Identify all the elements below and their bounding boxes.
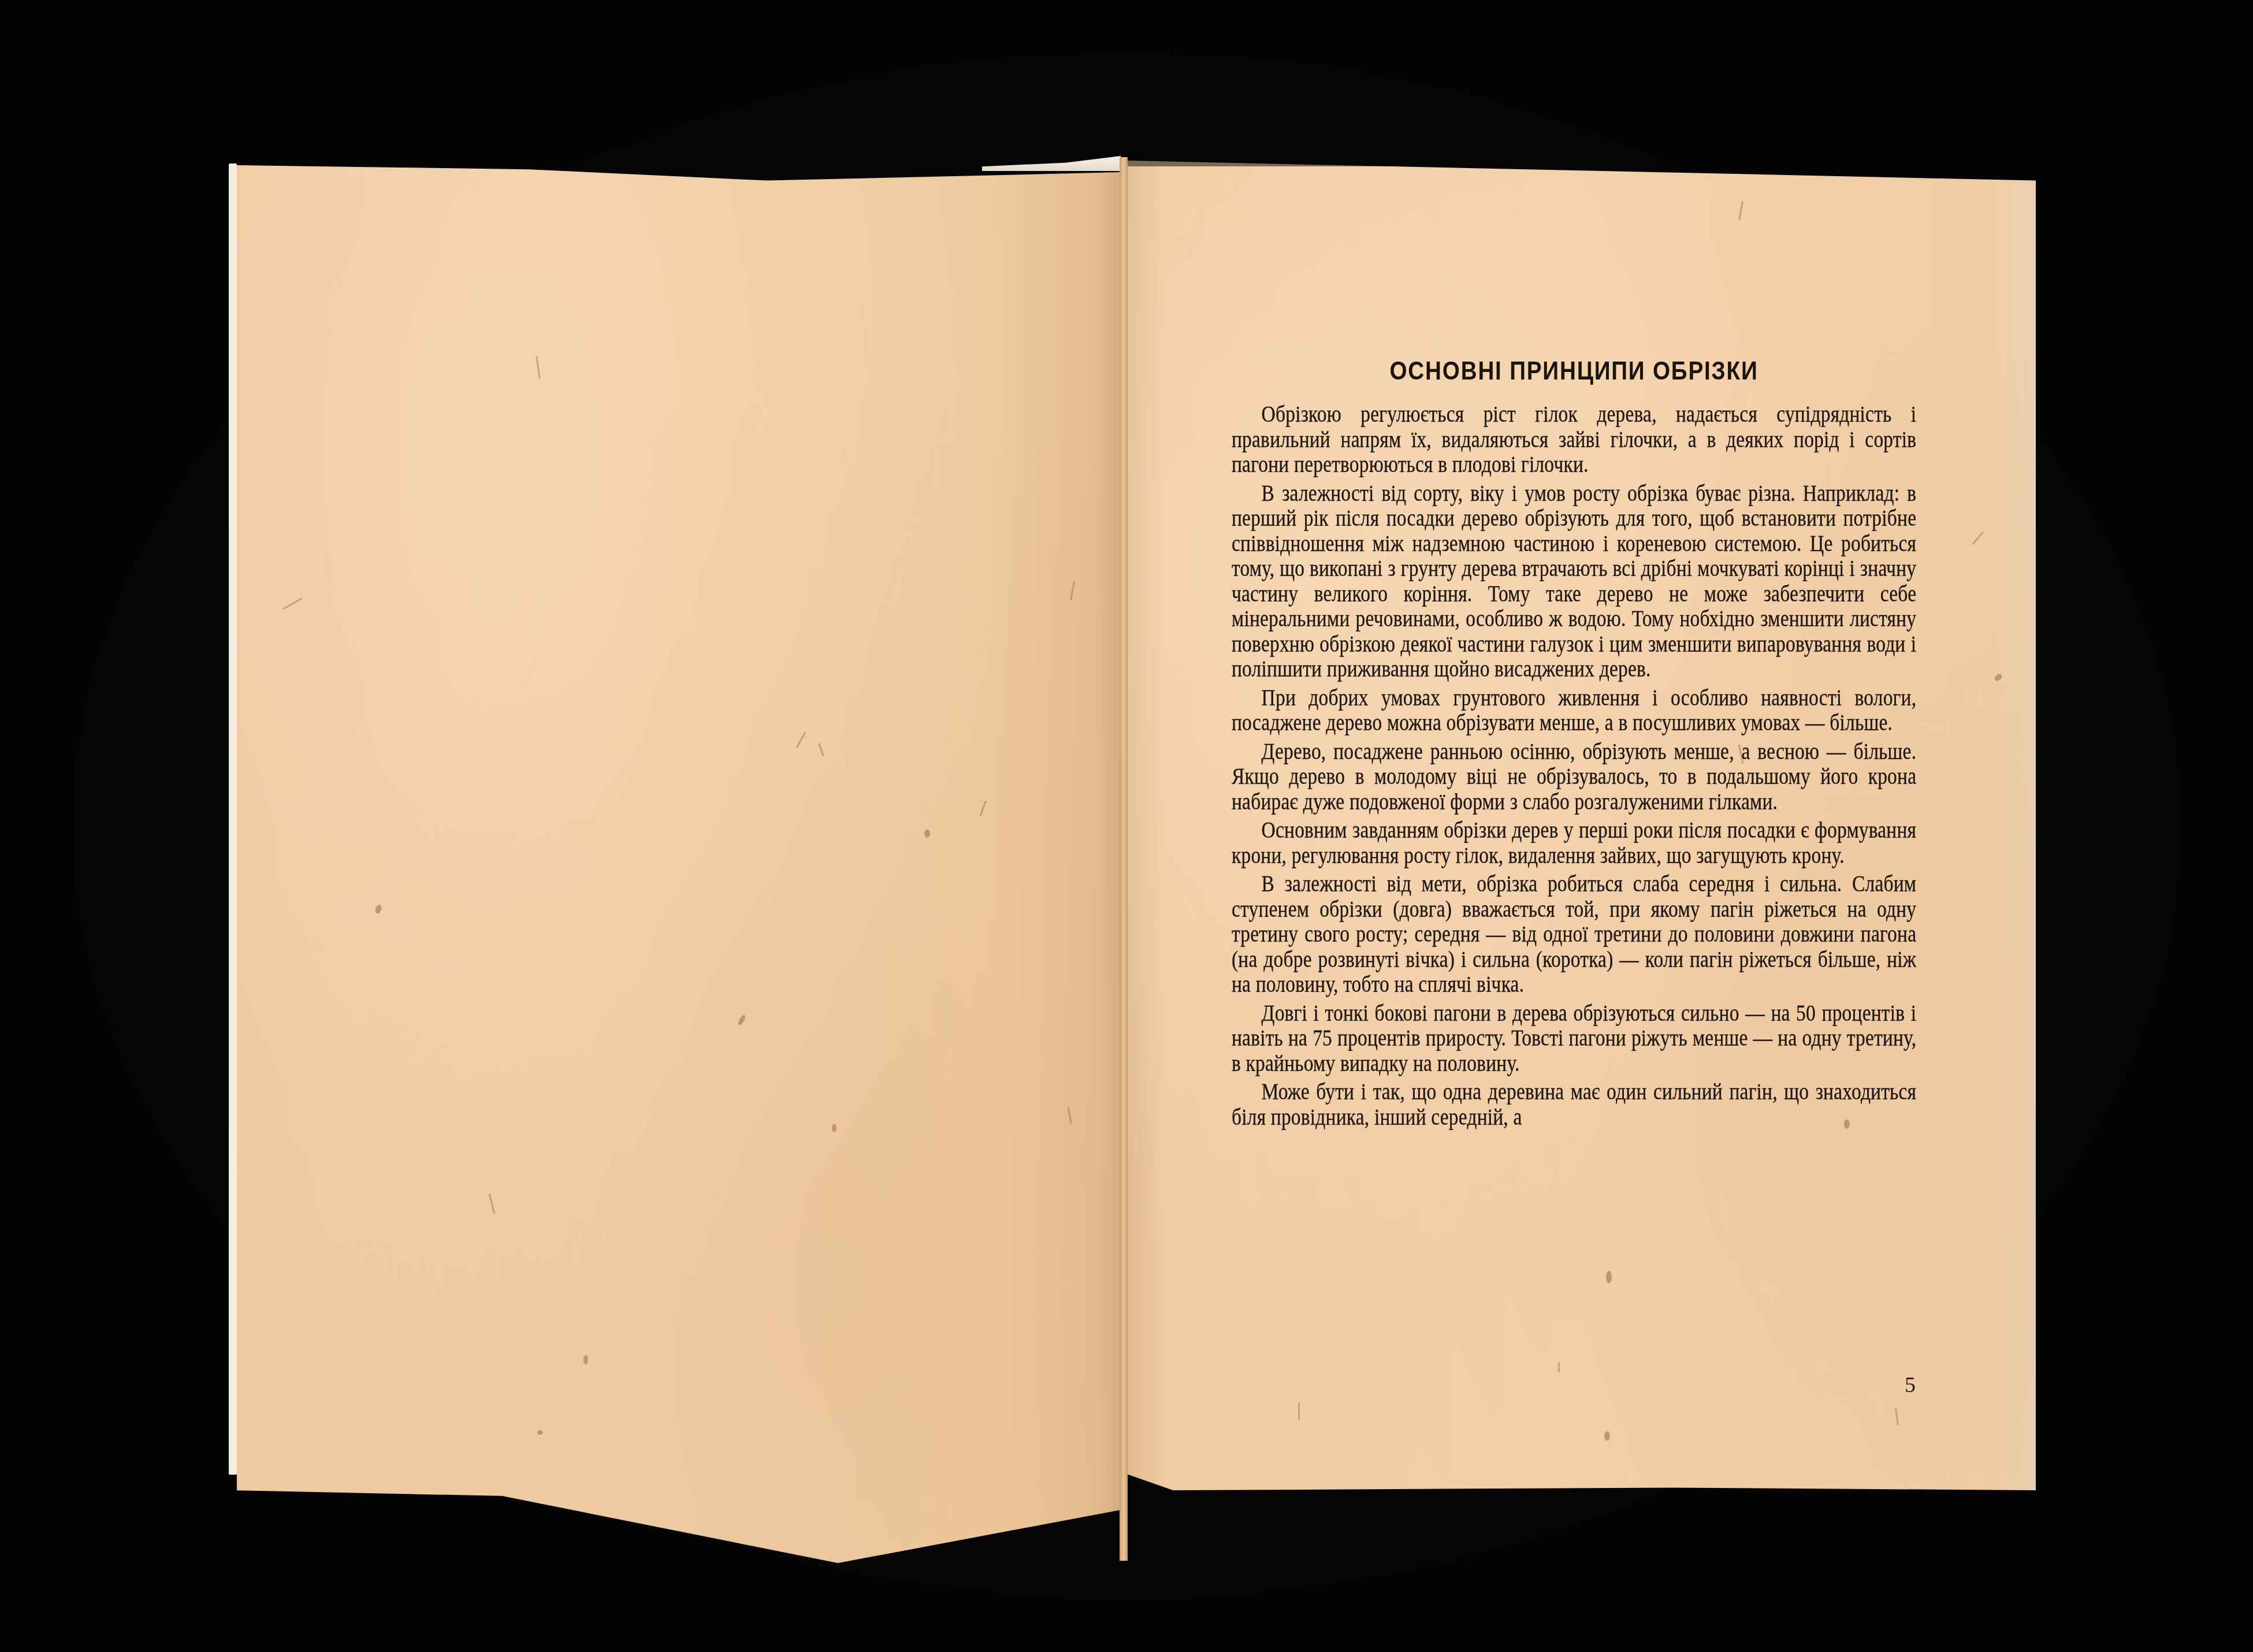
paper-fiber <box>1895 1408 1899 1426</box>
paper-fiber <box>489 1193 496 1214</box>
paper-fiber <box>818 743 824 757</box>
left-page-edge <box>229 163 237 1475</box>
paper-speck <box>537 1430 543 1435</box>
paper-speck <box>374 904 383 914</box>
paper-fiber <box>536 356 541 379</box>
paragraph: Основним завданням обрізки дерев у перші… <box>1232 818 1916 868</box>
paper-fiber <box>282 597 302 610</box>
paper-speck <box>832 1124 836 1132</box>
paper-speck <box>583 1355 588 1364</box>
paragraph: В залежності від мети, обрізка робиться … <box>1232 872 1916 998</box>
paper-fiber <box>1558 1362 1560 1372</box>
paper-speck <box>1606 1271 1612 1283</box>
section-title: ОСНОВНІ ПРИНЦИПИ ОБРІЗКИ <box>1273 357 1875 386</box>
paper-fiber <box>1298 1402 1300 1420</box>
paper-speck <box>924 829 930 838</box>
paragraph: Обрізкою регулюється ріст гілок дерева, … <box>1232 402 1916 478</box>
paper-speck <box>817 1601 823 1606</box>
paper-speck <box>339 1605 354 1621</box>
paragraph: Може бути і так, що одна деревина має од… <box>1232 1080 1916 1130</box>
paper-fiber <box>796 732 806 747</box>
paper-fiber <box>1067 1107 1072 1124</box>
book-spine <box>1120 157 1128 1561</box>
paper-speck <box>1993 673 2003 683</box>
paragraph: В залежності від сорту, віку і умов рост… <box>1232 481 1916 682</box>
paper-fiber <box>979 801 986 816</box>
paper-fiber <box>1738 201 1743 221</box>
paragraph: Дерево, посаджене ранньою осінню, обрізу… <box>1232 739 1916 815</box>
paper-fiber <box>1070 581 1075 601</box>
page-content: ОСНОВНІ ПРИНЦИПИ ОБРІЗКИ Обрізкою регулю… <box>1232 357 1916 1133</box>
paper-fiber <box>1972 531 1983 545</box>
left-page-top-fold <box>982 156 1121 171</box>
paper-speck <box>1604 1431 1610 1441</box>
scan-scene: ОСНОВНІ ПРИНЦИПИ ОБРІЗКИ Обрізкою регулю… <box>0 0 2253 1652</box>
paper-speck <box>737 1014 747 1026</box>
right-page: ОСНОВНІ ПРИНЦИПИ ОБРІЗКИ Обрізкою регулю… <box>1128 161 2253 1490</box>
left-page <box>237 165 1121 1563</box>
paragraph: Довгі і тонкі бокові пагони в дерева обр… <box>1232 1001 1916 1077</box>
paragraph: При добрих умовах грунтового живлення і … <box>1232 686 1916 736</box>
page-number: 5 <box>1905 1372 1916 1398</box>
